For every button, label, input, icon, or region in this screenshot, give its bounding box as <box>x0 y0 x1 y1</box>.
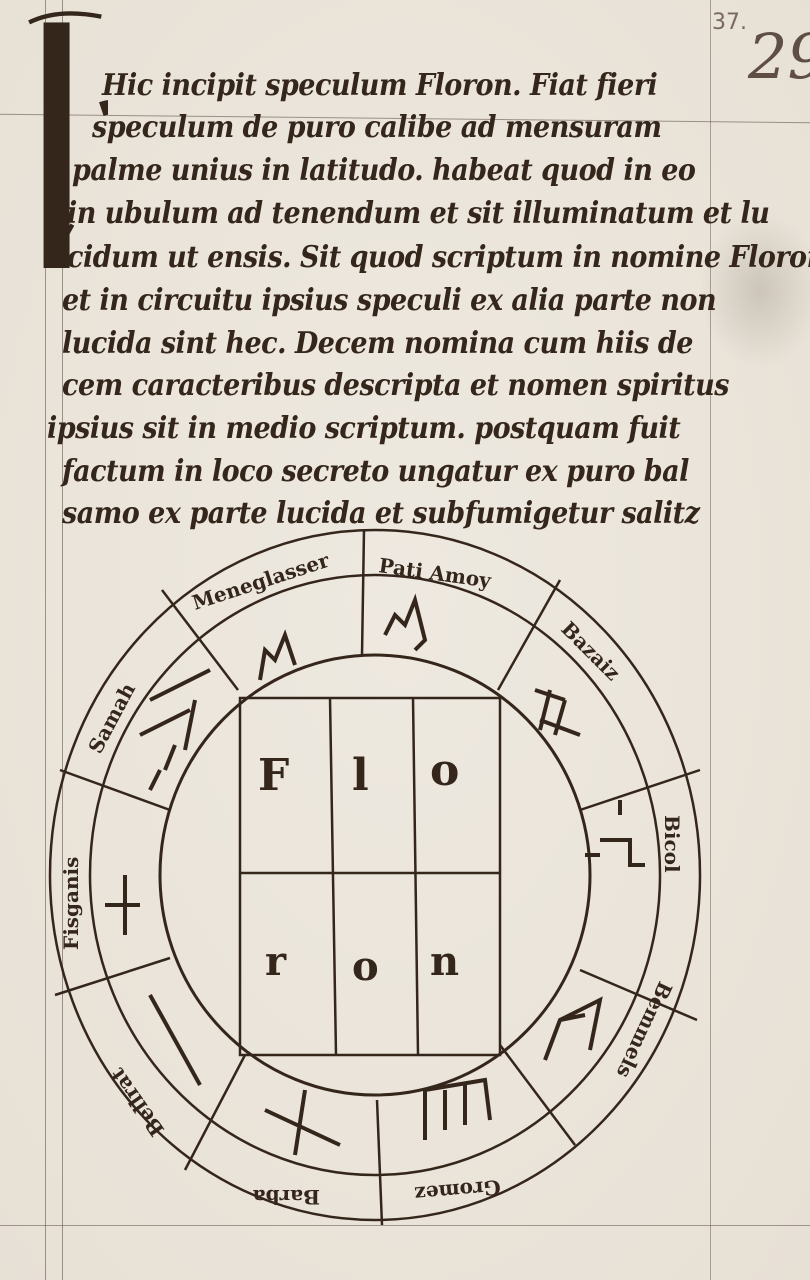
sigil-icon <box>425 1080 490 1140</box>
ring-sigils <box>105 600 645 1155</box>
grid-letter: o <box>352 943 379 990</box>
sigil-icon <box>150 995 200 1085</box>
ring-name: Gromez <box>414 1175 502 1206</box>
ring-name: Bicol <box>660 815 684 873</box>
ring-name: Barba <box>253 1185 320 1209</box>
center-grid-letters: F l o r o n <box>258 745 459 990</box>
grid-letter: o <box>430 745 459 796</box>
grid-letter: r <box>265 938 287 985</box>
sigil-icon <box>545 1000 600 1060</box>
ring-name: Pati Amoy <box>377 553 494 593</box>
ring-name: Fisganis <box>59 857 83 950</box>
ring-name: Bellrat <box>105 1063 170 1141</box>
sigil-icon <box>140 670 210 790</box>
grid-letter: l <box>352 750 369 801</box>
manuscript-page: 37. 29 Hic incipit speculum Floron. Fiat… <box>0 0 810 1280</box>
sigil-icon <box>585 800 645 865</box>
grid-letter: F <box>258 750 289 801</box>
sigil-icon <box>385 600 425 650</box>
ring-name: Bazaiz <box>556 617 625 686</box>
sigil-icon <box>535 690 580 735</box>
ring-name: Meneglasser <box>189 548 332 615</box>
mirror-seal-diagram: F l o r o n Meneglasser Pati Amoy Bazaiz… <box>0 0 810 1280</box>
sigil-icon <box>265 1090 340 1155</box>
grid-letter: n <box>430 938 459 985</box>
sigil-icon <box>105 875 140 935</box>
